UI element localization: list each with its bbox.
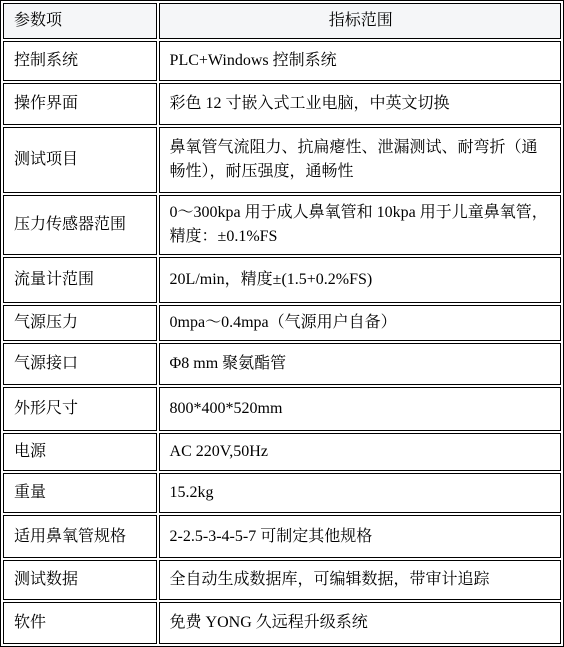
value-cell: 20L/min，精度±(1.5+0.2%FS) bbox=[159, 257, 561, 303]
table-row: 操作界面 彩色 12 寸嵌入式工业电脑，中英文切换 bbox=[3, 83, 561, 125]
param-cell: 适用鼻氧管规格 bbox=[3, 515, 157, 558]
value-cell: 免费 YONG 久远程升级系统 bbox=[159, 602, 561, 644]
value-cell: 全自动生成数据库，可编辑数据，带审计追踪 bbox=[159, 560, 561, 600]
header-cell-value: 指标范围 bbox=[159, 3, 561, 39]
spec-table-body: 控制系统 PLC+Windows 控制系统 操作界面 彩色 12 寸嵌入式工业电… bbox=[3, 41, 561, 644]
header-row: 参数项 指标范围 bbox=[3, 3, 561, 39]
param-cell: 流量计范围 bbox=[3, 257, 157, 303]
table-row: 电源 AC 220V,50Hz bbox=[3, 433, 561, 471]
table-row: 压力传感器范围 0～300kpa 用于成人鼻氧管和 10kpa 用于儿童鼻氧管，… bbox=[3, 195, 561, 255]
value-cell: 鼻氧管气流阻力、抗扁瘪性、泄漏测试、耐弯折（通畅性），耐压强度，通畅性 bbox=[159, 127, 561, 193]
param-cell: 软件 bbox=[3, 602, 157, 644]
table-row: 气源接口 Φ8 mm 聚氨酯管 bbox=[3, 343, 561, 385]
table-row: 测试项目 鼻氧管气流阻力、抗扁瘪性、泄漏测试、耐弯折（通畅性），耐压强度，通畅性 bbox=[3, 127, 561, 193]
spec-table: 参数项 指标范围 控制系统 PLC+Windows 控制系统 操作界面 彩色 1… bbox=[0, 0, 564, 647]
param-cell: 测试数据 bbox=[3, 560, 157, 600]
param-cell: 重量 bbox=[3, 473, 157, 513]
param-cell: 测试项目 bbox=[3, 127, 157, 193]
value-cell: AC 220V,50Hz bbox=[159, 433, 561, 471]
param-cell: 压力传感器范围 bbox=[3, 195, 157, 255]
param-cell: 气源压力 bbox=[3, 305, 157, 341]
table-row: 测试数据 全自动生成数据库，可编辑数据，带审计追踪 bbox=[3, 560, 561, 600]
value-cell: 0～300kpa 用于成人鼻氧管和 10kpa 用于儿童鼻氧管，精度：±0.1%… bbox=[159, 195, 561, 255]
value-cell: Φ8 mm 聚氨酯管 bbox=[159, 343, 561, 385]
table-row: 气源压力 0mpa～0.4mpa（气源用户自备） bbox=[3, 305, 561, 341]
value-cell: 2-2.5-3-4-5-7 可制定其他规格 bbox=[159, 515, 561, 558]
value-cell: 15.2kg bbox=[159, 473, 561, 513]
param-cell: 操作界面 bbox=[3, 83, 157, 125]
value-cell: 0mpa～0.4mpa（气源用户自备） bbox=[159, 305, 561, 341]
value-cell: PLC+Windows 控制系统 bbox=[159, 41, 561, 81]
table-row: 控制系统 PLC+Windows 控制系统 bbox=[3, 41, 561, 81]
table-row: 重量 15.2kg bbox=[3, 473, 561, 513]
table-row: 适用鼻氧管规格 2-2.5-3-4-5-7 可制定其他规格 bbox=[3, 515, 561, 558]
table-row: 软件 免费 YONG 久远程升级系统 bbox=[3, 602, 561, 644]
spec-table-header: 参数项 指标范围 bbox=[3, 3, 561, 39]
param-cell: 气源接口 bbox=[3, 343, 157, 385]
header-cell-param: 参数项 bbox=[3, 3, 157, 39]
table-row: 外形尺寸 800*400*520mm bbox=[3, 387, 561, 431]
param-cell: 外形尺寸 bbox=[3, 387, 157, 431]
param-cell: 电源 bbox=[3, 433, 157, 471]
value-cell: 800*400*520mm bbox=[159, 387, 561, 431]
value-cell: 彩色 12 寸嵌入式工业电脑，中英文切换 bbox=[159, 83, 561, 125]
param-cell: 控制系统 bbox=[3, 41, 157, 81]
table-row: 流量计范围 20L/min，精度±(1.5+0.2%FS) bbox=[3, 257, 561, 303]
